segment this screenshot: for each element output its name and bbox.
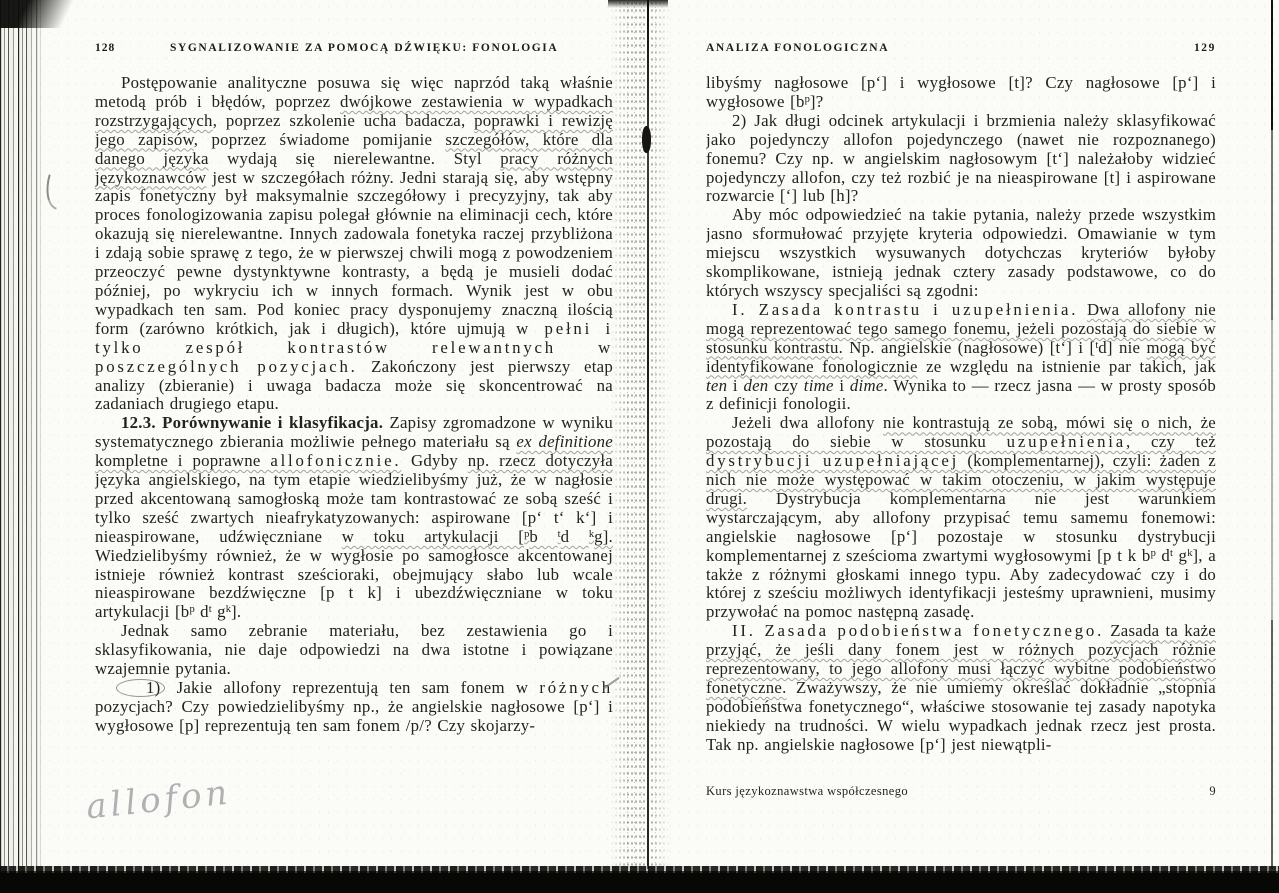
running-title-left: SYGNALIZOWANIE ZA POMOCĄ DŹWIĘKU: FONOLO… [115,42,613,54]
page-footer: Kurs językoznawstwa współczesnego 9 [706,784,1216,799]
text-segment: Jeżeli dwa allofony [732,413,883,432]
text-segment: ex definitione [516,432,613,451]
page-128: 128 SYGNALIZOWANIE ZA POMOCĄ DŹWIĘKU: FO… [95,42,613,736]
paragraph: Jeżeli dwa allofony nie kontrastują ze s… [706,414,1216,622]
text-segment: g [1173,546,1187,565]
text-segment: Gdyby [401,451,467,470]
page-129: ANALIZA FONOLOGICZNA 129 libyśmy nagłoso… [706,42,1216,755]
text-segment: g [212,602,226,621]
text-segment: d] nie [1098,338,1146,357]
text-segment: dime [850,376,884,395]
text-segment: II. Zasada podobieństwa fonetycznego. [732,621,1104,640]
ink-blob [642,126,651,153]
text-segment: , czy też [1126,432,1216,451]
page-number-left: 128 [95,42,115,54]
text-segment: Jednak samo zebranie materiału, bez zest… [95,621,613,678]
text-segment: 12.3. Porównywanie i klasyfikacja. [121,413,383,432]
text-segment: pozycjach? Czy powiedzielibyśmy np., że … [95,697,613,735]
text-segment: 1) [116,679,165,697]
text-segment: d [1156,546,1170,565]
page-number-right: 129 [1194,42,1216,54]
running-header-right: ANALIZA FONOLOGICZNA 129 [706,42,1216,54]
text-segment: wydają się nierelewantne. Styl [209,149,501,168]
text-segment: Wiedzielibyśmy również, że w wygłosie po… [95,546,613,622]
text-segment: różnych [539,678,613,697]
text-segment: czy [768,376,803,395]
gutter-shadow [610,0,670,869]
page-body-right: libyśmy nagłosowe [p‘] i wygłosowe [t]? … [706,74,1216,755]
running-title-right: ANALIZA FONOLOGICZNA [706,42,889,54]
text-segment [1078,300,1087,319]
text-segment: ze względu na istnienie par takich, jak [918,357,1216,376]
text-segment: libyśmy nagłosowe [p‘] i wygłosowe [t]? … [706,74,1216,111]
paragraph: Jednak samo zebranie materiału, bez zest… [95,622,613,679]
paragraph: I. Zasada kontrastu i uzupełnienia. Dwa … [706,301,1216,414]
page-edge-streaks [0,0,44,893]
footer-signature-number: 9 [1209,784,1216,799]
running-header-left: 128 SYGNALIZOWANIE ZA POMOCĄ DŹWIĘKU: FO… [95,42,613,54]
page-body-left: Postępowanie analityczne posuwa się więc… [95,74,613,736]
paragraph: Aby móc odpowiedzieć na takie pytania, n… [706,206,1216,301]
gutter-top-smudge [608,0,668,8]
paragraph: 2) Jak długi odcinek artykulacji i brzmi… [706,112,1216,207]
text-segment: uzupełnienia [1007,432,1126,451]
text-segment: d [561,527,589,546]
text-segment: np. rzecz dotyczyła [468,451,613,470]
text-segment: ten [706,376,727,395]
text-segment: time [804,376,834,395]
paragraph: libyśmy nagłosowe [p‘] i wygłosowe [t]? … [706,74,1216,112]
text-segment: ]. [231,602,241,621]
text-segment: Np. angielskie (nagłosowe) [t‘] i [ [843,338,1095,357]
text-segment: ]? [810,92,824,111]
footer-series-title: Kurs językoznawstwa współczesnego [706,784,908,799]
right-edge-line [1271,0,1273,869]
text-segment: dystrybucji uzupełniającej [706,451,959,470]
corner-shadow [0,0,90,28]
text-segment: , poprzez świadome pomijanie [194,130,446,149]
text-segment: b [529,527,557,546]
text-segment: den [743,376,768,395]
text-segment: Dystrybucja komplementarna nie jest waru… [706,489,1216,565]
paragraph: Postępowanie analityczne posuwa się więc… [95,74,613,414]
text-segment: w toku artykulacji [ [342,527,524,546]
book-scan: 128 SYGNALIZOWANIE ZA POMOCĄ DŹWIĘKU: FO… [0,0,1279,893]
paragraph: 1) Jakie allofony reprezentują ten sam f… [95,679,613,736]
text-segment: i [727,376,743,395]
text-segment: i [834,376,850,395]
black-scan-bar [0,871,1279,893]
text-segment: 2) Jak długi odcinek artykulacji i brzmi… [706,111,1216,206]
text-segment: , poprzez szkolenie ucha badacza, [213,111,474,130]
text-segment: kompletne i poprawne [95,451,270,470]
text-segment: Jakie allofony reprezentują ten sam fone… [165,678,539,697]
text-segment: jest w szczegółach różny. Jedni starają … [95,168,613,338]
text-segment: Aby móc odpowiedzieć na takie pytania, n… [706,205,1216,300]
text-segment: d [195,602,209,621]
text-segment: allofonicznie. [270,451,401,470]
text-segment: g]. [594,527,613,546]
paragraph: II. Zasada podobieństwa fonetycznego. Za… [706,622,1216,754]
paragraph: 12.3. Porównywanie i klasyfikacja. Zapis… [95,414,613,622]
text-segment: I. Zasada kontrastu i uzupełnienia. [732,300,1078,319]
handwritten-note: allofon [84,773,233,828]
